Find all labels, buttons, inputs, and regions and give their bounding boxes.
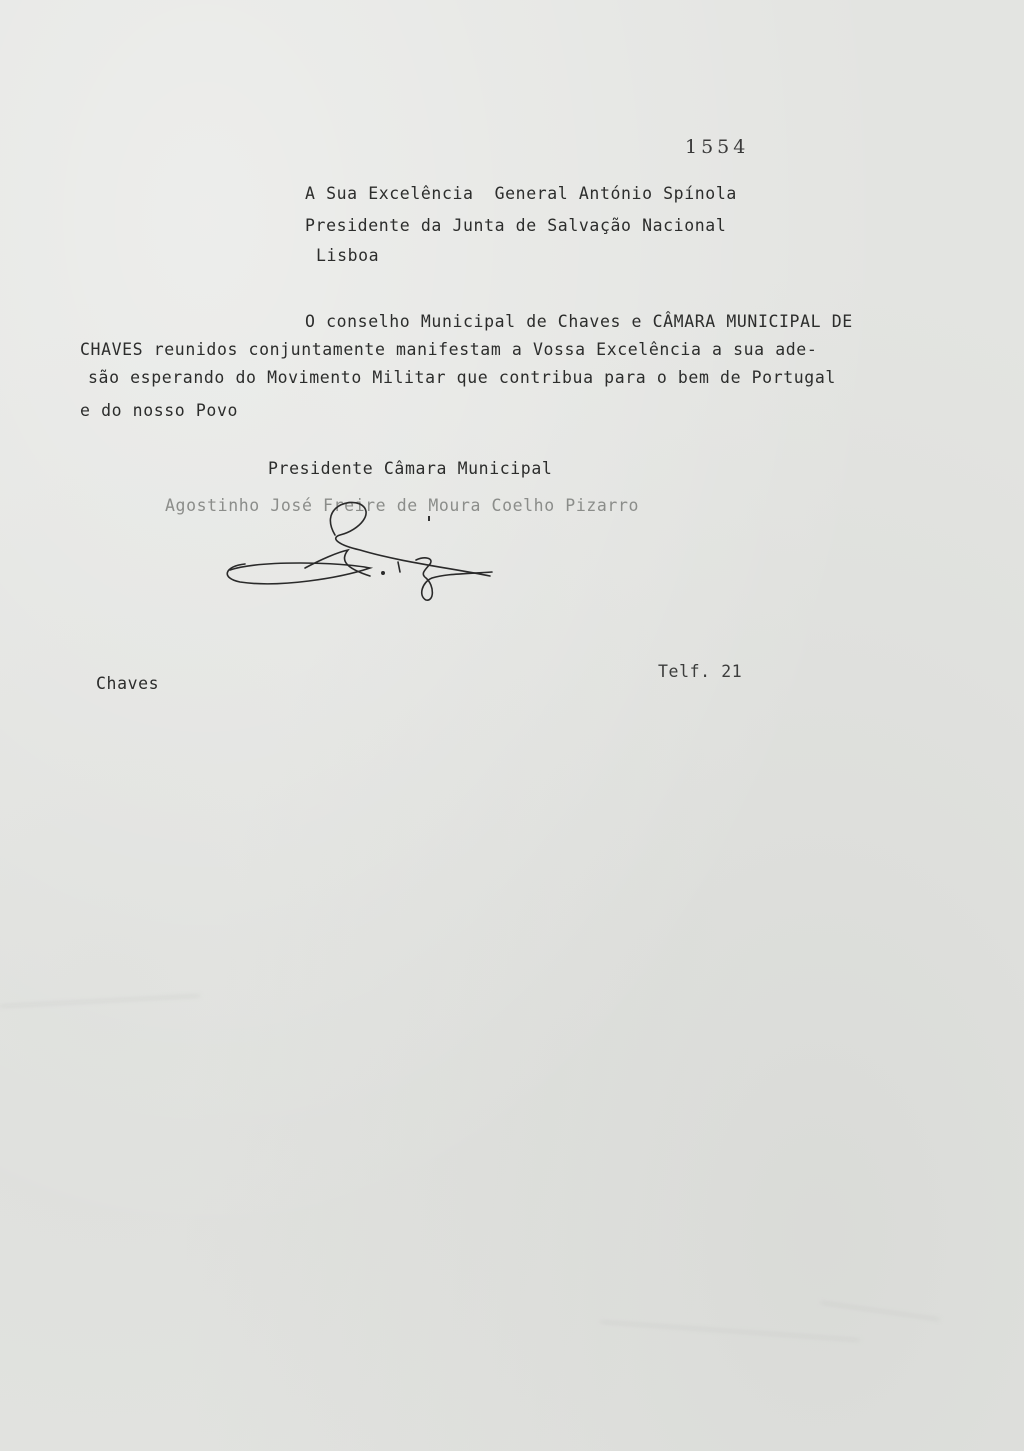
paper-crease	[820, 1302, 939, 1321]
ink-dot	[428, 516, 430, 521]
body-line-3: são esperando do Movimento Militar que c…	[88, 368, 836, 387]
body-line-2: CHAVES reunidos conjuntamente manifestam…	[80, 340, 817, 359]
footer-place: Chaves	[96, 674, 159, 693]
paper-crease	[600, 1321, 860, 1341]
handwritten-signature	[220, 490, 520, 610]
addressee-city: Lisboa	[316, 246, 379, 265]
paper-crease	[0, 995, 200, 1007]
reference-number: 1554	[685, 136, 749, 158]
addressee-line-1: A Sua Excelência General António Spínola	[305, 184, 737, 203]
addressee-line-2: Presidente da Junta de Salvação Nacional	[305, 216, 726, 235]
body-line-4: e do nosso Povo	[80, 401, 238, 420]
footer-phone: Telf. 21	[658, 662, 742, 681]
body-line-1: O conselho Municipal de Chaves e CÂMARA …	[305, 312, 853, 331]
signatory-title: Presidente Câmara Municipal	[268, 459, 552, 478]
